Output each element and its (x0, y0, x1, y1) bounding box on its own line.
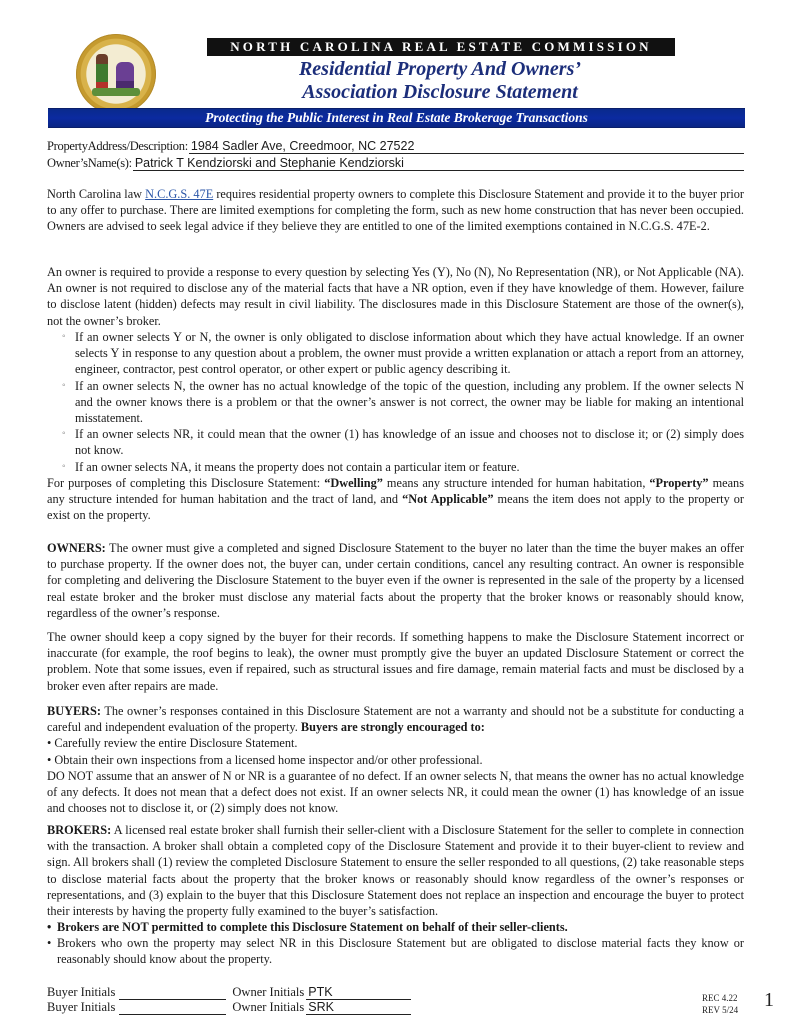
brokers-bullet-own-property: •Brokers who own the property may select… (47, 935, 744, 967)
buyer-initials-label: Buyer Initials (47, 984, 115, 1000)
intro-paragraph: North Carolina law N.C.G.S. 47E requires… (47, 186, 744, 235)
bullet-n: If an owner selects N, the owner has no … (47, 378, 744, 427)
brokers-heading: BROKERS: (47, 823, 111, 837)
def-text-2: means any structure intended for human h… (383, 476, 649, 490)
buyer-initials-field-2[interactable] (119, 1001, 226, 1015)
brokers-paragraph: BROKERS: A licensed real estate broker s… (47, 822, 744, 919)
seal-ground (92, 88, 140, 96)
bullet-dot: • (47, 935, 51, 951)
property-address-field[interactable]: 1984 Sadler Ave, Creedmoor, NC 27522 (189, 139, 744, 154)
bullet-nr: If an owner selects NR, it could mean th… (47, 426, 744, 458)
response-paragraph: An owner is required to provide a respon… (47, 264, 744, 329)
response-bullets: If an owner selects Y or N, the owner is… (47, 329, 744, 475)
buyers-paragraph: BUYERS: The owner’s responses contained … (47, 703, 744, 735)
brokers-bullet-text: Brokers who own the property may select … (57, 936, 744, 966)
initials-row-2: Buyer Initials Owner Initials SRK (47, 999, 411, 1015)
brokers-text: A licensed real estate broker shall furn… (47, 823, 744, 918)
bullet-y-or-n: If an owner selects Y or N, the owner is… (47, 329, 744, 378)
copy-note-paragraph: The owner should keep a copy signed by t… (47, 629, 744, 694)
buyers-encourage: Buyers are strongly encouraged to: (301, 720, 485, 734)
title-line-1: Residential Property And Owners’ (200, 58, 680, 81)
def-property: “Property” (649, 476, 708, 490)
buyers-warning: DO NOT assume that an answer of N or NR … (47, 768, 744, 817)
buyers-bullet-inspect: • Obtain their own inspections from a li… (47, 752, 744, 768)
owner-initials-label: Owner Initials (232, 999, 304, 1015)
intro-prefix: North Carolina law (47, 187, 145, 201)
owner-initials-label: Owner Initials (232, 984, 304, 1000)
brokers-bullets: •Brokers are NOT permitted to complete t… (47, 919, 744, 968)
owner-initials-field-2[interactable]: SRK (306, 1000, 411, 1015)
property-address-label: PropertyAddress/Description: (47, 138, 188, 154)
definitions-paragraph: For purposes of completing this Disclosu… (47, 475, 744, 524)
brokers-bullet-text: Brokers are NOT permitted to complete th… (57, 920, 568, 934)
def-dwelling: “Dwelling” (324, 476, 383, 490)
nc-state-seal-icon (76, 34, 156, 114)
ncgs-47e-link[interactable]: N.C.G.S. 47E (145, 187, 213, 201)
owner-names-field[interactable]: Patrick T Kendziorski and Stephanie Kend… (133, 156, 744, 171)
rev-date: REV 5/24 (702, 1004, 738, 1016)
owners-paragraph: OWNERS: The owner must give a completed … (47, 540, 744, 621)
disclosure-page: NORTH CAROLINA REAL ESTATE COMMISSION Re… (0, 0, 791, 1024)
revision-info: REC 4.22 REV 5/24 (702, 992, 738, 1016)
buyer-initials-field-1[interactable] (119, 986, 226, 1000)
commission-title: NORTH CAROLINA REAL ESTATE COMMISSION (207, 38, 675, 56)
owners-text: The owner must give a completed and sign… (47, 541, 744, 620)
def-text-1: For purposes of completing this Disclosu… (47, 476, 324, 490)
owner-names-label: Owner’sName(s): (47, 155, 132, 171)
buyers-section: BUYERS: The owner’s responses contained … (47, 703, 744, 816)
bullet-dot: • (47, 919, 51, 935)
property-address-row: PropertyAddress/Description: 1984 Sadler… (47, 138, 744, 154)
brokers-bullet-not-permitted: •Brokers are NOT permitted to complete t… (47, 919, 744, 935)
page-number: 1 (764, 988, 774, 1012)
tagline-banner: Protecting the Public Interest in Real E… (48, 108, 745, 128)
rec-code: REC 4.22 (702, 992, 738, 1004)
owner-names-row: Owner’sName(s): Patrick T Kendziorski an… (47, 155, 744, 171)
buyer-initials-label: Buyer Initials (47, 999, 115, 1015)
initials-row-1: Buyer Initials Owner Initials PTK (47, 984, 411, 1000)
buyers-bullet-review: • Carefully review the entire Disclosure… (47, 735, 744, 751)
def-not-applicable: “Not Applicable” (402, 492, 493, 506)
bullet-na: If an owner selects NA, it means the pro… (47, 459, 744, 475)
title-line-2: Association Disclosure Statement (200, 81, 680, 104)
owners-heading: OWNERS: (47, 541, 106, 555)
buyers-heading: BUYERS: (47, 704, 101, 718)
document-title: Residential Property And Owners’ Associa… (200, 58, 680, 104)
owner-initials-field-1[interactable]: PTK (306, 985, 411, 1000)
